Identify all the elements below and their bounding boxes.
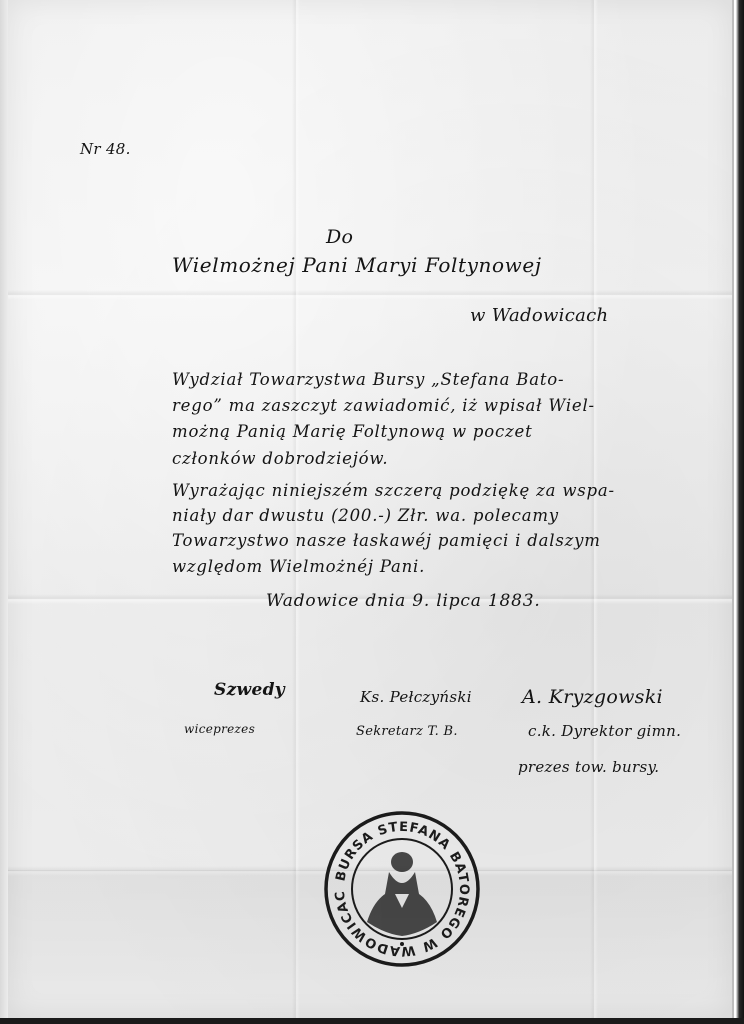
fold-line-vertical xyxy=(590,0,598,1018)
body-line: niały dar dwustu (200.-) Złr. wa. poleca… xyxy=(172,506,559,525)
paper-left-edge xyxy=(0,0,8,1024)
body-line: Towarzystwo nasze łaskawéj pamięci i dal… xyxy=(172,531,601,550)
body-line: możną Panią Marię Foltynową w poczet xyxy=(172,422,533,441)
scanner-right-edge xyxy=(736,0,744,1024)
signature-title: Sekretarz T. B. xyxy=(356,724,458,739)
signature-vice-president: Szwedy xyxy=(214,680,285,700)
signature-title: wiceprezes xyxy=(184,722,255,736)
signature-secretary: Ks. Pełczyński xyxy=(360,688,472,706)
scan-frame: Nr 48. Do Wielmożnej Pani Maryi Foltynow… xyxy=(0,0,744,1024)
body-line: Wydział Towarzystwa Bursy „Stefana Bato- xyxy=(172,370,564,389)
body-line: względom Wielmożnéj Pani. xyxy=(172,557,425,576)
document-number: Nr 48. xyxy=(80,140,131,158)
signature-president: A. Kryzgowski xyxy=(522,686,663,708)
salutation: Do xyxy=(326,226,353,248)
body-line: członków dobrodziejów. xyxy=(172,449,388,468)
body-line: Wyrażając niniejszém szczerą podziękę za… xyxy=(172,481,615,500)
place-and-date: Wadowice dnia 9. lipca 1883. xyxy=(266,591,541,611)
body-line: rego” ma zaszczyt zawiadomić, iż wpisał … xyxy=(172,396,595,415)
portrait-seal-icon: BURSA STEFANA BATOREGO W WADOWICACH. xyxy=(323,810,481,968)
signature-title: c.k. Dyrektor gimn. xyxy=(528,722,681,740)
recipient-city: w Wadowicach xyxy=(470,305,608,326)
organization-stamp: BURSA STEFANA BATOREGO W WADOWICACH. xyxy=(323,810,481,968)
scanner-bottom-edge xyxy=(0,1018,744,1024)
fold-line-horizontal xyxy=(8,290,732,300)
recipient-name: Wielmożnej Pani Maryi Foltynowej xyxy=(172,253,542,277)
signature-title: prezes tow. bursy. xyxy=(518,758,659,776)
